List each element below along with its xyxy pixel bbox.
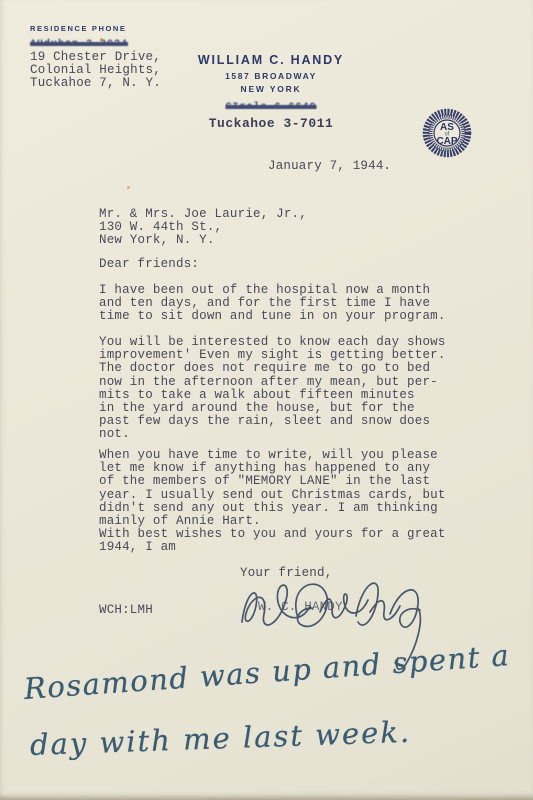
paper-speck bbox=[127, 186, 130, 189]
office-phone-struck: CIrcle 6-6640 bbox=[196, 96, 346, 114]
letterhead-center: WILLIAM C. HANDY 1587 BROADWAY NEW YORK … bbox=[196, 53, 346, 131]
letterhead-name: WILLIAM C. HANDY bbox=[196, 53, 346, 67]
paragraph-4: With best wishes to you and yours for a … bbox=[99, 528, 459, 554]
ascap-seal-icon: AS of CAP bbox=[422, 108, 472, 158]
postscript-line-2: day with me last week. bbox=[29, 715, 411, 762]
sender-address: 19 Chester Drive, Colonial Heights, Tuck… bbox=[30, 51, 161, 91]
salutation: Dear friends: bbox=[99, 258, 199, 271]
paper-speck bbox=[100, 38, 103, 42]
recipient-address: Mr. & Mrs. Joe Laurie, Jr., 130 W. 44th … bbox=[99, 208, 307, 248]
date-line: January 7, 1944. bbox=[268, 160, 391, 173]
paragraph-1: I have been out of the hospital now a mo… bbox=[99, 284, 459, 324]
paper-speck bbox=[420, 300, 422, 302]
letterhead-left: RESIDENCE PHONE AUdubon 3-3024 19 Cheste… bbox=[30, 24, 161, 91]
letterhead-city: NEW YORK bbox=[196, 84, 346, 94]
letter-scan: RESIDENCE PHONE AUdubon 3-3024 19 Cheste… bbox=[0, 0, 533, 800]
paragraph-2: You will be interested to know each day … bbox=[99, 336, 459, 442]
residence-phone-label: RESIDENCE PHONE bbox=[30, 24, 161, 33]
paragraph-3: When you have time to write, will you pl… bbox=[99, 449, 459, 528]
residence-phone-struck: AUdubon 3-3024 bbox=[30, 33, 161, 51]
letterhead-new-phone: Tuckahoe 3-7011 bbox=[196, 116, 346, 131]
letterhead-street: 1587 BROADWAY bbox=[196, 71, 346, 81]
typist-initials: WCH:LMH bbox=[99, 604, 153, 617]
seal-text-bottom: CAP bbox=[436, 136, 457, 147]
